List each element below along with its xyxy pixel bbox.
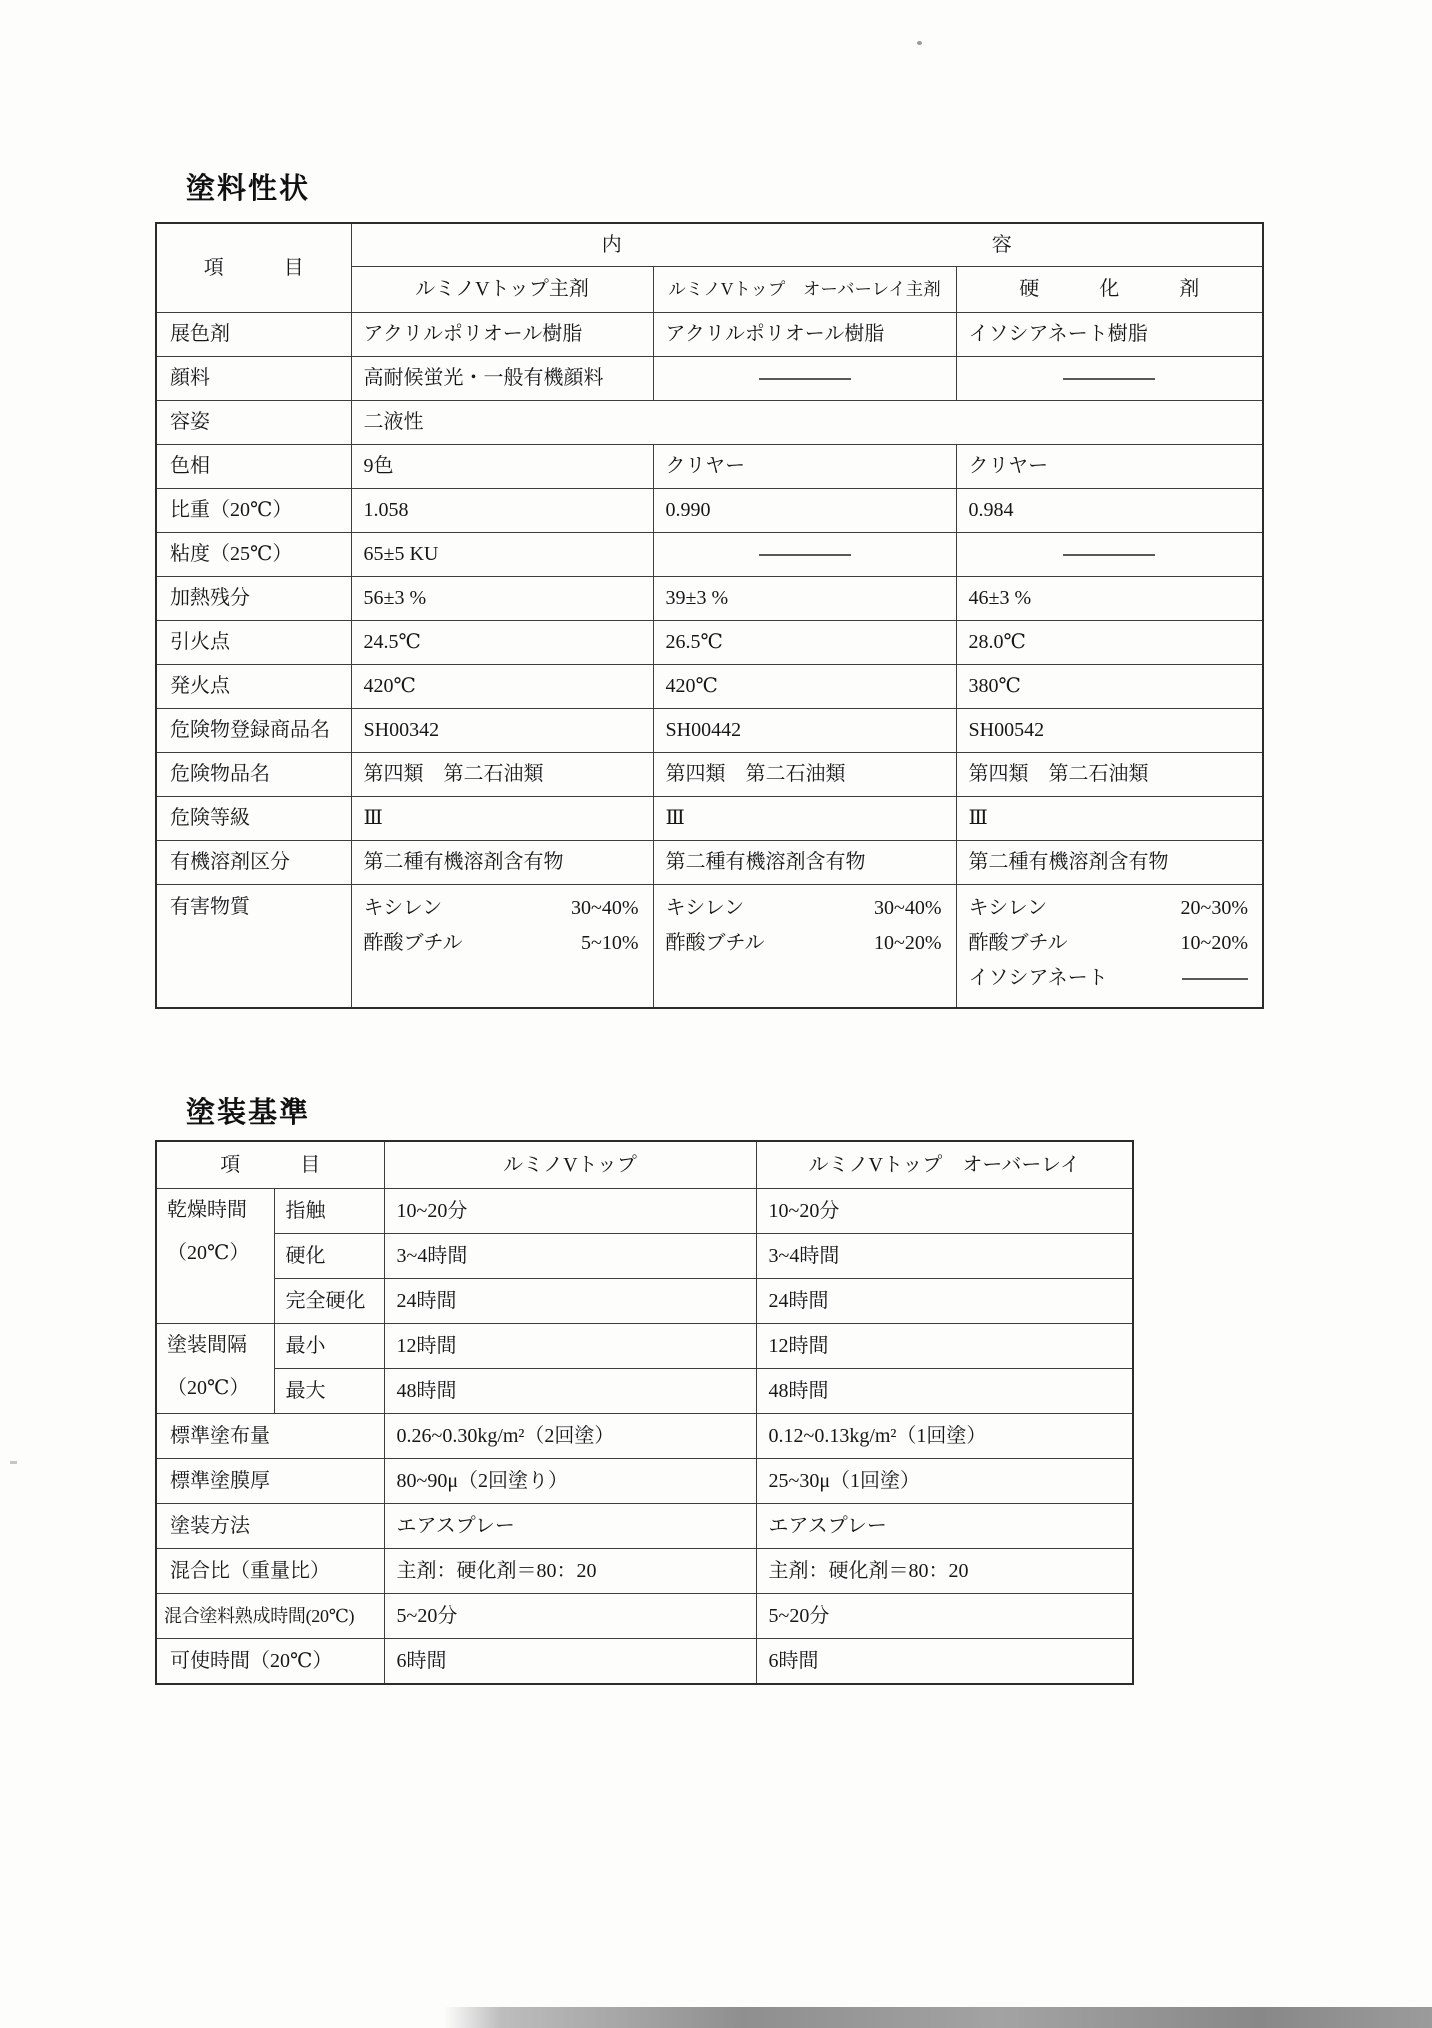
- hazard-amount: 10~20%: [874, 931, 941, 956]
- hazard-line: イソシアネート: [969, 961, 1249, 996]
- paint-properties-table: 項 目 内容 ルミノVトップ主剤 ルミノVトップ オーバーレイ主剤 硬 化 剤 …: [155, 222, 1264, 1009]
- table-row: 危険等級 Ⅲ Ⅲ Ⅲ: [156, 797, 1263, 841]
- row-label: 顔料: [156, 357, 351, 401]
- column-header: ルミノVトップ オーバーレイ主剤: [653, 267, 956, 313]
- cell: Ⅲ: [351, 797, 653, 841]
- cell: 24時間: [384, 1279, 756, 1324]
- table-row: 有害物質 キシレン30~40% 酢酸ブチル5~10% キシレン30~40% 酢酸…: [156, 885, 1263, 1009]
- row-label: 危険等級: [156, 797, 351, 841]
- empty-cell: [956, 357, 1263, 401]
- column-header: ルミノVトップ: [384, 1141, 756, 1189]
- table-row: 粘度（25℃） 65±5 KU: [156, 533, 1263, 577]
- no-value-dash: [1063, 378, 1155, 380]
- cell: 第二種有機溶剤含有物: [351, 841, 653, 885]
- hazard-line: 酢酸ブチル5~10%: [364, 926, 639, 961]
- row-label: 有害物質: [156, 885, 351, 1009]
- no-value-dash: [759, 378, 851, 380]
- cell: 0.12~0.13kg/m²（1回塗）: [756, 1414, 1133, 1459]
- content-header-cell: 内容: [351, 223, 1263, 267]
- cell: 56±3 %: [351, 577, 653, 621]
- cell: 65±5 KU: [351, 533, 653, 577]
- table-row: 標準塗膜厚 80~90μ（2回塗り） 25~30μ（1回塗）: [156, 1459, 1133, 1504]
- empty-cell: [653, 357, 956, 401]
- table-row: 加熱残分 56±3 % 39±3 % 46±3 %: [156, 577, 1263, 621]
- cell: アクリルポリオール樹脂: [653, 313, 956, 357]
- cell: 24時間: [756, 1279, 1133, 1324]
- hazard-amount: 20~30%: [1181, 896, 1248, 921]
- group-label-line: （20℃）: [167, 1376, 270, 1401]
- no-value-dash: [759, 554, 851, 556]
- group-label-line: （20℃）: [167, 1241, 270, 1266]
- cell: クリヤー: [653, 445, 956, 489]
- section-title-paint-properties: 塗料性状: [186, 166, 310, 207]
- painting-standard-table: 項 目 ルミノVトップ ルミノVトップ オーバーレイ 乾燥時間 （20℃） 指触…: [155, 1140, 1134, 1685]
- cell: 39±3 %: [653, 577, 956, 621]
- hazard-name: 酢酸ブチル: [969, 931, 1068, 956]
- row-label: 展色剤: [156, 313, 351, 357]
- row-label: 塗装方法: [156, 1504, 384, 1549]
- hazard-amount: 30~40%: [571, 896, 638, 921]
- hazard-amount: 30~40%: [874, 896, 941, 921]
- sub-label: 硬化: [274, 1234, 384, 1279]
- hazard-amount: 5~10%: [581, 931, 638, 956]
- table-row: 展色剤 アクリルポリオール樹脂 アクリルポリオール樹脂 イソシアネート樹脂: [156, 313, 1263, 357]
- cell: 第四類 第二石油類: [956, 753, 1263, 797]
- sub-label: 指触: [274, 1189, 384, 1234]
- table-row: 危険物登録商品名 SH00342 SH00442 SH00542: [156, 709, 1263, 753]
- cell: 高耐候蛍光・一般有機顔料: [351, 357, 653, 401]
- hazard-name: キシレン: [969, 896, 1048, 921]
- cell: 46±3 %: [956, 577, 1263, 621]
- cell: Ⅲ: [956, 797, 1263, 841]
- item-header-cell: 項 目: [156, 1141, 384, 1189]
- group-label: 乾燥時間 （20℃）: [156, 1189, 274, 1324]
- section-title-painting-standard: 塗装基準: [186, 1090, 310, 1131]
- cell: 28.0℃: [956, 621, 1263, 665]
- cell: 48時間: [384, 1369, 756, 1414]
- table-row: 混合塗料熟成時間(20℃) 5~20分 5~20分: [156, 1594, 1133, 1639]
- cell: 6時間: [384, 1639, 756, 1685]
- cell: 24.5℃: [351, 621, 653, 665]
- cell: 第四類 第二石油類: [351, 753, 653, 797]
- empty-cell: [653, 533, 956, 577]
- cell: SH00442: [653, 709, 956, 753]
- cell: SH00342: [351, 709, 653, 753]
- hazard-name: イソシアネート: [969, 966, 1108, 991]
- column-header: ルミノVトップ オーバーレイ: [756, 1141, 1133, 1189]
- hazard-name: 酢酸ブチル: [666, 931, 765, 956]
- table-row: 危険物品名 第四類 第二石油類 第四類 第二石油類 第四類 第二石油類: [156, 753, 1263, 797]
- cell: 10~20分: [756, 1189, 1133, 1234]
- row-label: 標準塗布量: [156, 1414, 384, 1459]
- table-row: 標準塗布量 0.26~0.30kg/m²（2回塗） 0.12~0.13kg/m²…: [156, 1414, 1133, 1459]
- cell: 0.984: [956, 489, 1263, 533]
- scanned-document-page: 塗料性状 項 目 内容 ルミノVトップ主剤 ルミノVトップ オーバーレイ主剤 硬…: [0, 0, 1432, 2028]
- hazard-line: 酢酸ブチル10~20%: [969, 926, 1249, 961]
- cell: クリヤー: [956, 445, 1263, 489]
- hazard-cell: キシレン20~30% 酢酸ブチル10~20% イソシアネート: [956, 885, 1263, 1009]
- cell: 1.058: [351, 489, 653, 533]
- hazard-line: キシレン20~30%: [969, 891, 1249, 926]
- cell: 3~4時間: [384, 1234, 756, 1279]
- cell: 主剤：硬化剤＝80：20: [384, 1549, 756, 1594]
- group-label-line: 塗装間隔: [167, 1333, 270, 1358]
- group-label: 塗装間隔 （20℃）: [156, 1324, 274, 1414]
- table-row: 完全硬化 24時間 24時間: [156, 1279, 1133, 1324]
- table-row: 色相 9色 クリヤー クリヤー: [156, 445, 1263, 489]
- row-label: 混合塗料熟成時間(20℃): [156, 1594, 384, 1639]
- cell: 80~90μ（2回塗り）: [384, 1459, 756, 1504]
- cell: エアスプレー: [384, 1504, 756, 1549]
- row-label: 容姿: [156, 401, 351, 445]
- cell: Ⅲ: [653, 797, 956, 841]
- scan-artifact-dot: [10, 1461, 17, 1464]
- content-header-right: 容: [992, 234, 1012, 256]
- cell: 5~20分: [756, 1594, 1133, 1639]
- column-header: 硬 化 剤: [956, 267, 1263, 313]
- table-row: 発火点 420℃ 420℃ 380℃: [156, 665, 1263, 709]
- hazard-line: キシレン30~40%: [666, 891, 942, 926]
- row-label: 加熱残分: [156, 577, 351, 621]
- table-row: 容姿 二液性: [156, 401, 1263, 445]
- cell: 3~4時間: [756, 1234, 1133, 1279]
- table-header-row: 項 目 内容: [156, 223, 1263, 267]
- item-header-cell: 項 目: [156, 223, 351, 313]
- row-label: 粘度（25℃）: [156, 533, 351, 577]
- sub-label: 最大: [274, 1369, 384, 1414]
- cell: SH00542: [956, 709, 1263, 753]
- cell: アクリルポリオール樹脂: [351, 313, 653, 357]
- row-label: 可使時間（20℃）: [156, 1639, 384, 1685]
- no-value-dash: [1182, 978, 1248, 980]
- table-row: 引火点 24.5℃ 26.5℃ 28.0℃: [156, 621, 1263, 665]
- group-label-line: 乾燥時間: [167, 1198, 270, 1223]
- cell: 12時間: [756, 1324, 1133, 1369]
- cell: 26.5℃: [653, 621, 956, 665]
- cell: 0.26~0.30kg/m²（2回塗）: [384, 1414, 756, 1459]
- cell: 10~20分: [384, 1189, 756, 1234]
- column-header: ルミノVトップ主剤: [351, 267, 653, 313]
- row-label: 有機溶剤区分: [156, 841, 351, 885]
- cell: 第二種有機溶剤含有物: [653, 841, 956, 885]
- hazard-name: キシレン: [364, 896, 443, 921]
- table-row: 可使時間（20℃） 6時間 6時間: [156, 1639, 1133, 1685]
- row-label: 比重（20℃）: [156, 489, 351, 533]
- table-header-row: 項 目 ルミノVトップ ルミノVトップ オーバーレイ: [156, 1141, 1133, 1189]
- no-value-dash: [1063, 554, 1155, 556]
- table-row: 有機溶剤区分 第二種有機溶剤含有物 第二種有機溶剤含有物 第二種有機溶剤含有物: [156, 841, 1263, 885]
- row-label: 危険物品名: [156, 753, 351, 797]
- cell: 0.990: [653, 489, 956, 533]
- row-label: 標準塗膜厚: [156, 1459, 384, 1504]
- row-label: 発火点: [156, 665, 351, 709]
- empty-cell: [956, 533, 1263, 577]
- cell: 420℃: [351, 665, 653, 709]
- hazard-name: キシレン: [666, 896, 745, 921]
- cell: 420℃: [653, 665, 956, 709]
- cell: 9色: [351, 445, 653, 489]
- cell: イソシアネート樹脂: [956, 313, 1263, 357]
- row-label: 危険物登録商品名: [156, 709, 351, 753]
- hazard-cell: キシレン30~40% 酢酸ブチル5~10%: [351, 885, 653, 1009]
- sub-label: 完全硬化: [274, 1279, 384, 1324]
- table-row: 比重（20℃） 1.058 0.990 0.984: [156, 489, 1263, 533]
- row-label: 色相: [156, 445, 351, 489]
- scan-artifact-dot: [917, 41, 922, 45]
- cell: 380℃: [956, 665, 1263, 709]
- row-label: 引火点: [156, 621, 351, 665]
- hazard-name: 酢酸ブチル: [364, 931, 463, 956]
- sub-label: 最小: [274, 1324, 384, 1369]
- table-row: 塗装間隔 （20℃） 最小 12時間 12時間: [156, 1324, 1133, 1369]
- table-row: 顔料 高耐候蛍光・一般有機顔料: [156, 357, 1263, 401]
- cell: 12時間: [384, 1324, 756, 1369]
- content-header-left: 内: [602, 234, 622, 256]
- cell: 主剤：硬化剤＝80：20: [756, 1549, 1133, 1594]
- hazard-cell: キシレン30~40% 酢酸ブチル10~20%: [653, 885, 956, 1009]
- hazard-line: 酢酸ブチル10~20%: [666, 926, 942, 961]
- table-row: 最大 48時間 48時間: [156, 1369, 1133, 1414]
- table-row: 硬化 3~4時間 3~4時間: [156, 1234, 1133, 1279]
- table-row: 塗装方法 エアスプレー エアスプレー: [156, 1504, 1133, 1549]
- cell: 二液性: [351, 401, 1263, 445]
- cell: 第二種有機溶剤含有物: [956, 841, 1263, 885]
- cell: 25~30μ（1回塗）: [756, 1459, 1133, 1504]
- table-row: 混合比（重量比） 主剤：硬化剤＝80：20 主剤：硬化剤＝80：20: [156, 1549, 1133, 1594]
- hazard-amount: 10~20%: [1181, 931, 1248, 956]
- scan-edge-shadow: [0, 2007, 1432, 2028]
- hazard-line: キシレン30~40%: [364, 891, 639, 926]
- cell: 6時間: [756, 1639, 1133, 1685]
- row-label: 混合比（重量比）: [156, 1549, 384, 1594]
- cell: 48時間: [756, 1369, 1133, 1414]
- cell: 5~20分: [384, 1594, 756, 1639]
- cell: 第四類 第二石油類: [653, 753, 956, 797]
- cell: エアスプレー: [756, 1504, 1133, 1549]
- table-row: 乾燥時間 （20℃） 指触 10~20分 10~20分: [156, 1189, 1133, 1234]
